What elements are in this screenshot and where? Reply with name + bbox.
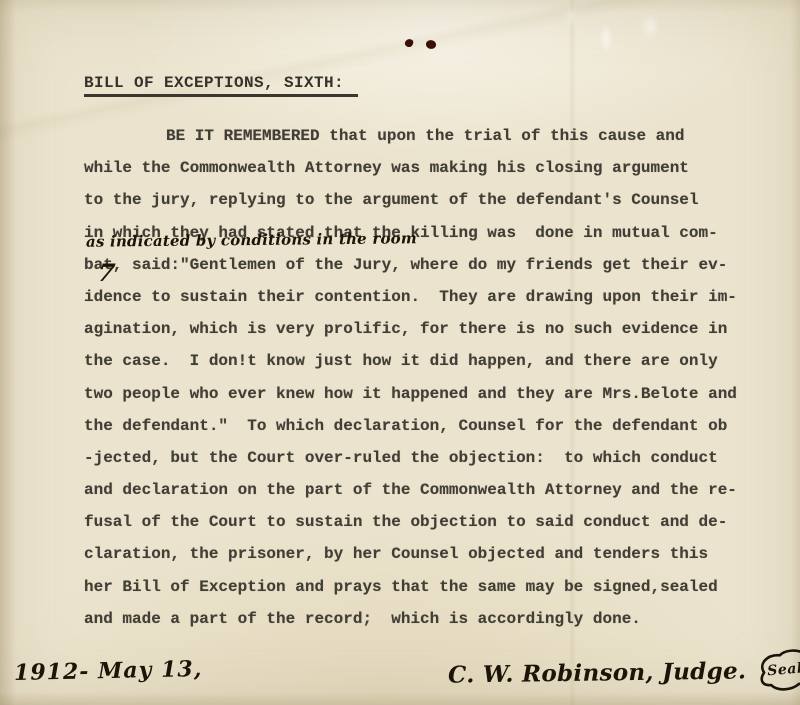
ink-blot-icon bbox=[404, 38, 414, 48]
typed-line: bat, said:"Gentlemen of the Jury, where … bbox=[84, 249, 774, 281]
scanned-document-page: BILL OF EXCEPTIONS, SIXTH: BE IT REMEMBE… bbox=[0, 0, 800, 705]
seal-label: Seal bbox=[748, 645, 800, 695]
typed-body: BE IT REMEMBERED that upon the trial of … bbox=[84, 120, 774, 635]
typed-line: while the Commonwealth Attorney was maki… bbox=[84, 152, 774, 184]
typed-line: claration, the prisoner, by her Counsel … bbox=[84, 538, 774, 570]
typed-line: her Bill of Exception and prays that the… bbox=[84, 571, 774, 603]
typed-line: and made a part of the record; which is … bbox=[84, 603, 774, 635]
typed-line: BE IT REMEMBERED that upon the trial of … bbox=[84, 120, 774, 152]
typed-line: -jected, but the Court over-ruled the ob… bbox=[84, 442, 774, 474]
typed-line: two people who ever knew how it happened… bbox=[84, 378, 774, 410]
handwritten-annotation: as indicated by conditions in the room bbox=[86, 229, 417, 250]
typed-line: idence to sustain their contention. They… bbox=[84, 281, 774, 313]
ink-blot-icon bbox=[425, 39, 437, 50]
typed-line: and declaration on the part of the Commo… bbox=[84, 474, 774, 506]
typed-line: agination, which is very prolific, for t… bbox=[84, 313, 774, 345]
seal-mark: Seal bbox=[748, 645, 800, 695]
signature-row: C. W. Robinson, Judge. Seal bbox=[448, 647, 800, 696]
typed-line: fusal of the Court to sustain the object… bbox=[84, 506, 774, 538]
typed-line: the case. I don!t know just how it did h… bbox=[84, 345, 774, 377]
judge-signature: C. W. Robinson, Judge. bbox=[448, 657, 747, 688]
document-heading: BILL OF EXCEPTIONS, SIXTH: bbox=[84, 74, 358, 97]
typed-line: the defendant." To which declaration, Co… bbox=[84, 410, 774, 442]
typed-line: to the jury, replying to the argument of… bbox=[84, 184, 774, 216]
handwritten-date: 1912- May 13, bbox=[14, 656, 203, 686]
